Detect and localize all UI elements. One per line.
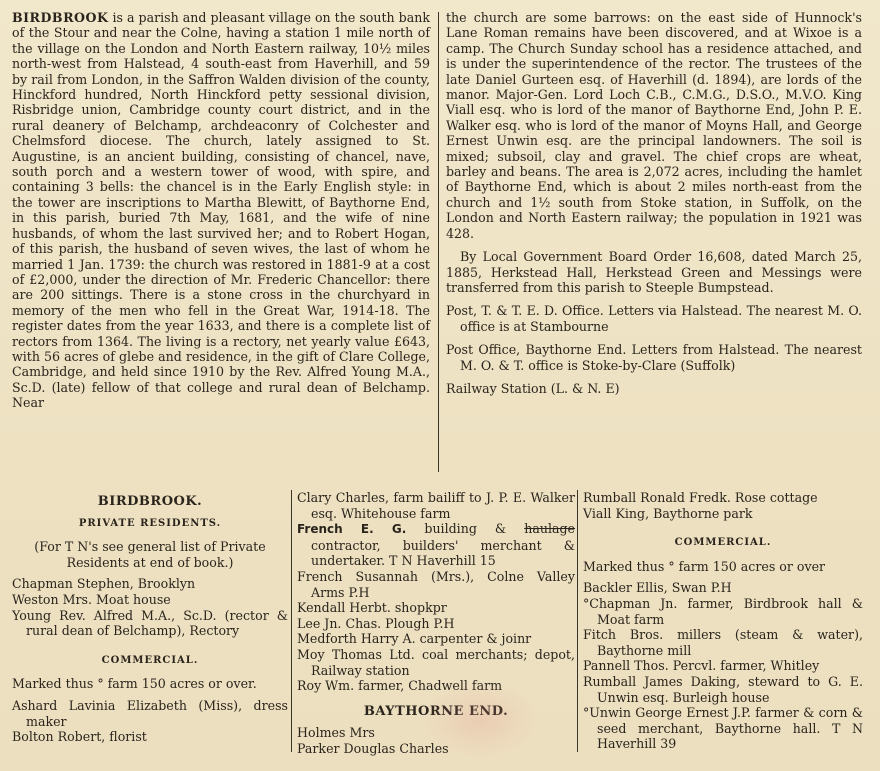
commercial-entry: Bolton Robert, florist (12, 729, 288, 745)
baythorne-post-office-paragraph: Post Office, Baythorne End. Letters from… (446, 342, 862, 373)
description-left-column: BIRDBROOK is a parish and pleasant villa… (12, 10, 430, 411)
resident-entry: Weston Mrs. Moat house (12, 592, 288, 608)
column-divider (438, 12, 439, 472)
entry-text: building & (406, 521, 524, 536)
baythorne-end-heading: BAYTHORNE END. (297, 704, 575, 720)
commercial-entry: °Chapman Jn. farmer, Birdbrook hall & Mo… (583, 596, 863, 627)
parish-name: BIRDBROOK (12, 10, 108, 25)
commercial-entry: °Unwin George Ernest J.P. farmer & corn … (583, 705, 863, 752)
entry-text: contractor, builders' merchant & underta… (311, 538, 575, 569)
private-residents-note: (For T N's see general list of Private R… (12, 539, 288, 570)
description-continued: the church are some barrows: on the east… (446, 10, 862, 241)
commercial-entry: French Susannah (Mrs.), Colne Valley Arm… (297, 569, 575, 600)
resident-entry: Rumball Ronald Fredk. Rose cottage (583, 490, 863, 506)
column-divider (291, 490, 292, 752)
commercial-entry: Fitch Bros. millers (steam & water), Bay… (583, 627, 863, 658)
resident-entry: Young Rev. Alfred M.A., Sc.D. (rector & … (12, 608, 288, 639)
commercial-entry: Backler Ellis, Swan P.H (583, 580, 863, 596)
parish-description-text: is a parish and pleasant village on the … (12, 10, 430, 410)
directory-column-2: Clary Charles, farm bailiff to J. P. E. … (297, 490, 575, 757)
commercial-entry: Roy Wm. farmer, Chadwell farm (297, 678, 575, 694)
commercial-entry: Kendall Herbt. shopkpr (297, 600, 575, 616)
post-office-paragraph: Post, T. & T. E. D. Office. Letters via … (446, 303, 862, 334)
private-residents-heading: PRIVATE RESIDENTS. (12, 516, 288, 532)
commercial-entry: Ashard Lavinia Elizabeth (Miss), dress m… (12, 698, 288, 729)
directory-page: BIRDBROOK is a parish and pleasant villa… (0, 0, 880, 771)
commercial-entry-french-eg: French E. G. building & haulage contract… (297, 521, 575, 569)
business-name: French E. G. (297, 522, 406, 536)
commercial-entry: Clary Charles, farm bailiff to J. P. E. … (297, 490, 575, 521)
commercial-entry: Lee Jn. Chas. Plough P.H (297, 616, 575, 632)
resident-entry: Chapman Stephen, Brooklyn (12, 576, 288, 592)
column-divider (577, 490, 578, 752)
commercial-entry: Rumball James Daking, steward to G. E. U… (583, 674, 863, 705)
resident-entry: Holmes Mrs (297, 725, 575, 741)
commercial-heading: COMMERCIAL. (583, 535, 863, 551)
directory-column-3: Rumball Ronald Fredk. Rose cottage Viall… (583, 490, 863, 752)
directory-column-1: BIRDBROOK. PRIVATE RESIDENTS. (For T N's… (12, 490, 288, 745)
commercial-entry: Pannell Thos. Percvl. farmer, Whitley (583, 658, 863, 674)
struck-word: haulage (524, 521, 575, 536)
commercial-heading: COMMERCIAL. (12, 653, 288, 669)
birdbrook-heading: BIRDBROOK. (12, 494, 288, 510)
commercial-entry: Medforth Harry A. carpenter & joinr (297, 631, 575, 647)
commercial-entry: Moy Thomas Ltd. coal merchants; depot, R… (297, 647, 575, 678)
government-order-paragraph: By Local Government Board Order 16,608, … (446, 249, 862, 295)
description-right-column: the church are some barrows: on the east… (446, 10, 862, 396)
farm-mark-note: Marked thus ° farm 150 acres or over. (12, 676, 288, 692)
resident-entry: Parker Douglas Charles (297, 741, 575, 757)
railway-station-paragraph: Railway Station (L. & N. E) (446, 381, 862, 396)
farm-mark-note: Marked thus ° farm 150 acres or over (583, 559, 863, 575)
parish-description: BIRDBROOK is a parish and pleasant villa… (12, 10, 430, 411)
resident-entry: Viall King, Baythorne park (583, 506, 863, 522)
